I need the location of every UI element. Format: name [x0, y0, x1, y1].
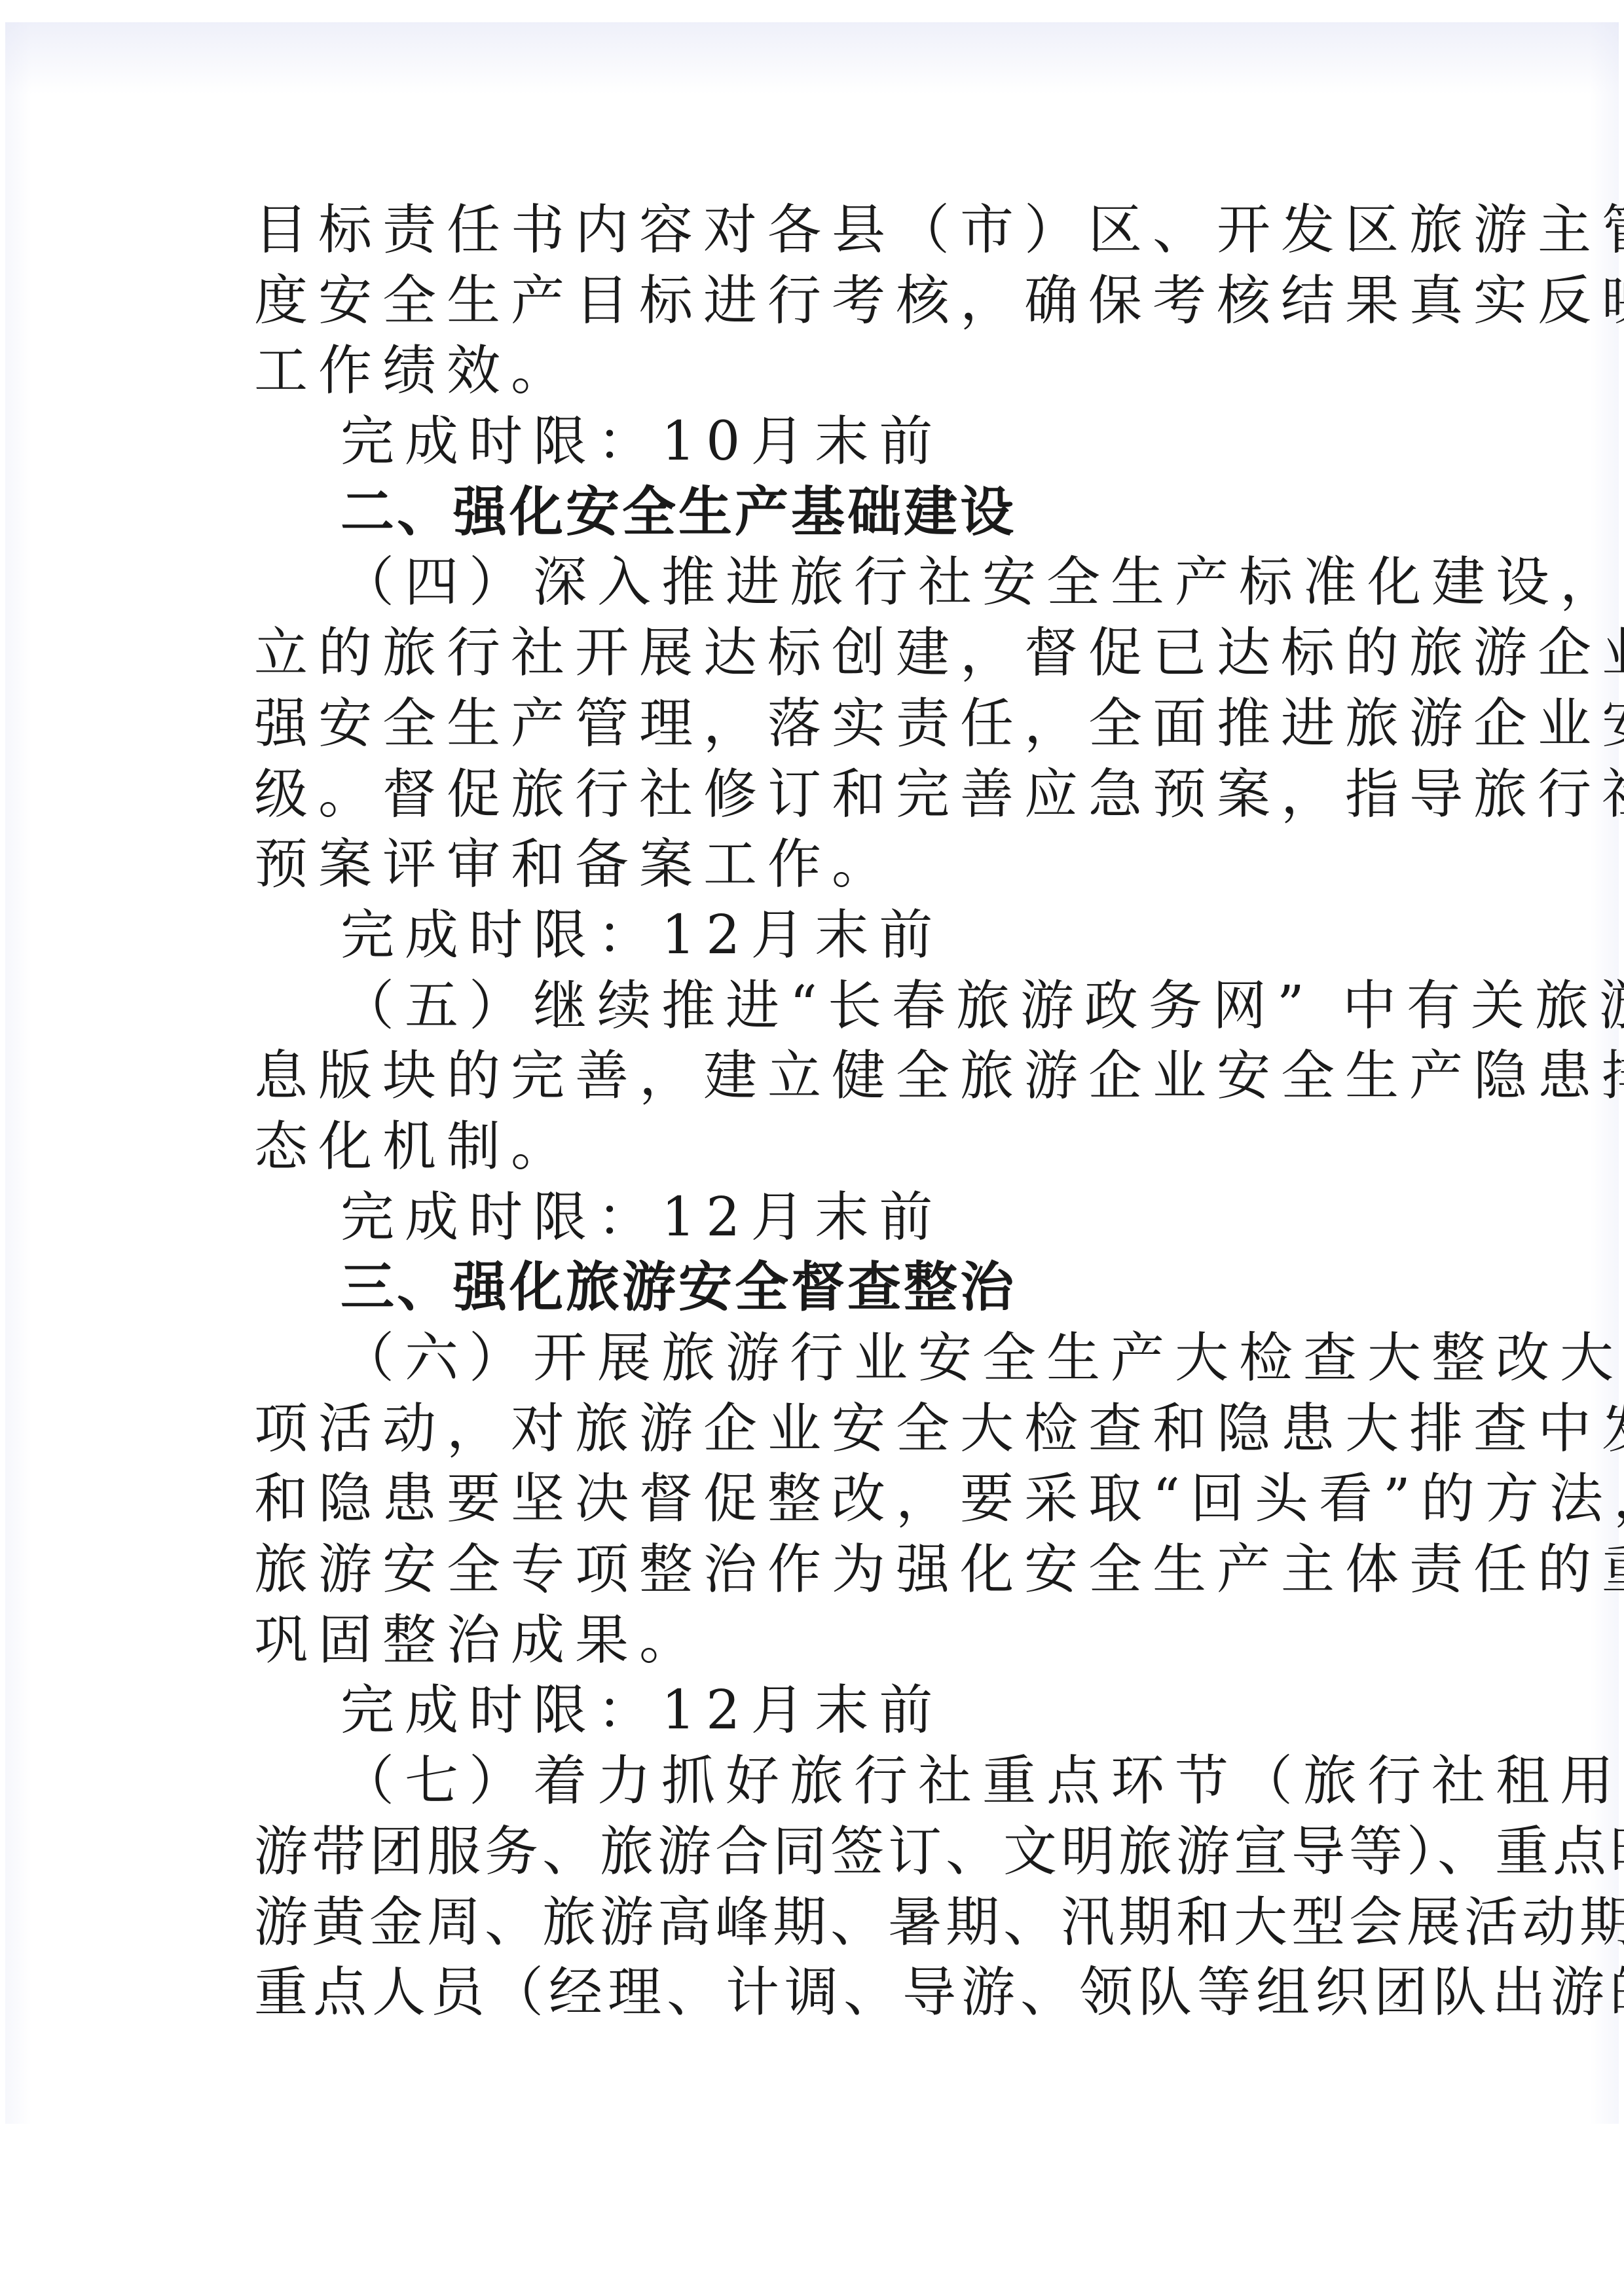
- body-line: 工作绩效。: [254, 336, 1380, 407]
- section-heading: 三、强化旅游安全督查整治: [254, 1252, 1380, 1323]
- document-body: 目标责任书内容对各县（市）区、开发区旅游主管部门的年 度安全生产目标进行考核，确…: [254, 195, 1380, 2028]
- paragraph-start-line: （四）深入推进旅行社安全生产标准化建设，指导新成: [254, 547, 1380, 618]
- paragraph-start-line: （五）继续推进“长春旅游政务网” 中有关旅游安全信: [254, 971, 1380, 1042]
- body-line: 目标责任书内容对各县（市）区、开发区旅游主管部门的年: [254, 195, 1380, 266]
- body-line: 游黄金周、旅游高峰期、暑期、汛期和大型会展活动期间等）、: [254, 1887, 1380, 1958]
- paragraph-start-line: （七）着力抓好旅行社重点环节（旅行社租用车辆、导: [254, 1746, 1380, 1817]
- body-line: 重点人员（经理、计调、导游、领队等组织团队出游的人员）: [254, 1958, 1380, 2028]
- body-line: 强安全生产管理，落实责任，全面推进旅游企业安全管理升: [254, 689, 1380, 759]
- body-line: 度安全生产目标进行考核，确保考核结果真实反映安全管理: [254, 266, 1380, 337]
- body-line: 级。督促旅行社修订和完善应急预案，指导旅行社完成应急: [254, 759, 1380, 830]
- body-line: 态化机制。: [254, 1112, 1380, 1182]
- body-line: 游带团服务、旅游合同签订、文明旅游宣导等）、重点时段（旅: [254, 1817, 1380, 1887]
- body-line: 预案评审和备案工作。: [254, 829, 1380, 900]
- body-line: 和隐患要坚决督促整改，要采取“回头看”的方法，把深化: [254, 1464, 1380, 1535]
- body-line: 息版块的完善，建立健全旅游企业安全生产隐患排查治理常: [254, 1041, 1380, 1112]
- body-line: 立的旅行社开展达标创建，督促已达标的旅游企业进一步加: [254, 618, 1380, 689]
- deadline-line: 完成时限：10月末前: [254, 407, 1380, 477]
- body-line: 项活动，对旅游企业安全大检查和隐患大排查中发现的问题: [254, 1394, 1380, 1465]
- body-line: 巩固整治成果。: [254, 1605, 1380, 1676]
- paragraph-start-line: （六）开展旅游行业安全生产大检查大整改大演练等专: [254, 1323, 1380, 1394]
- deadline-line: 完成时限：12月末前: [254, 900, 1380, 971]
- deadline-line: 完成时限：12月末前: [254, 1675, 1380, 1746]
- deadline-line: 完成时限：12月末前: [254, 1182, 1380, 1253]
- section-heading: 二、强化安全生产基础建设: [254, 477, 1380, 548]
- body-line: 旅游安全专项整治作为强化安全生产主体责任的重要抓手，: [254, 1535, 1380, 1605]
